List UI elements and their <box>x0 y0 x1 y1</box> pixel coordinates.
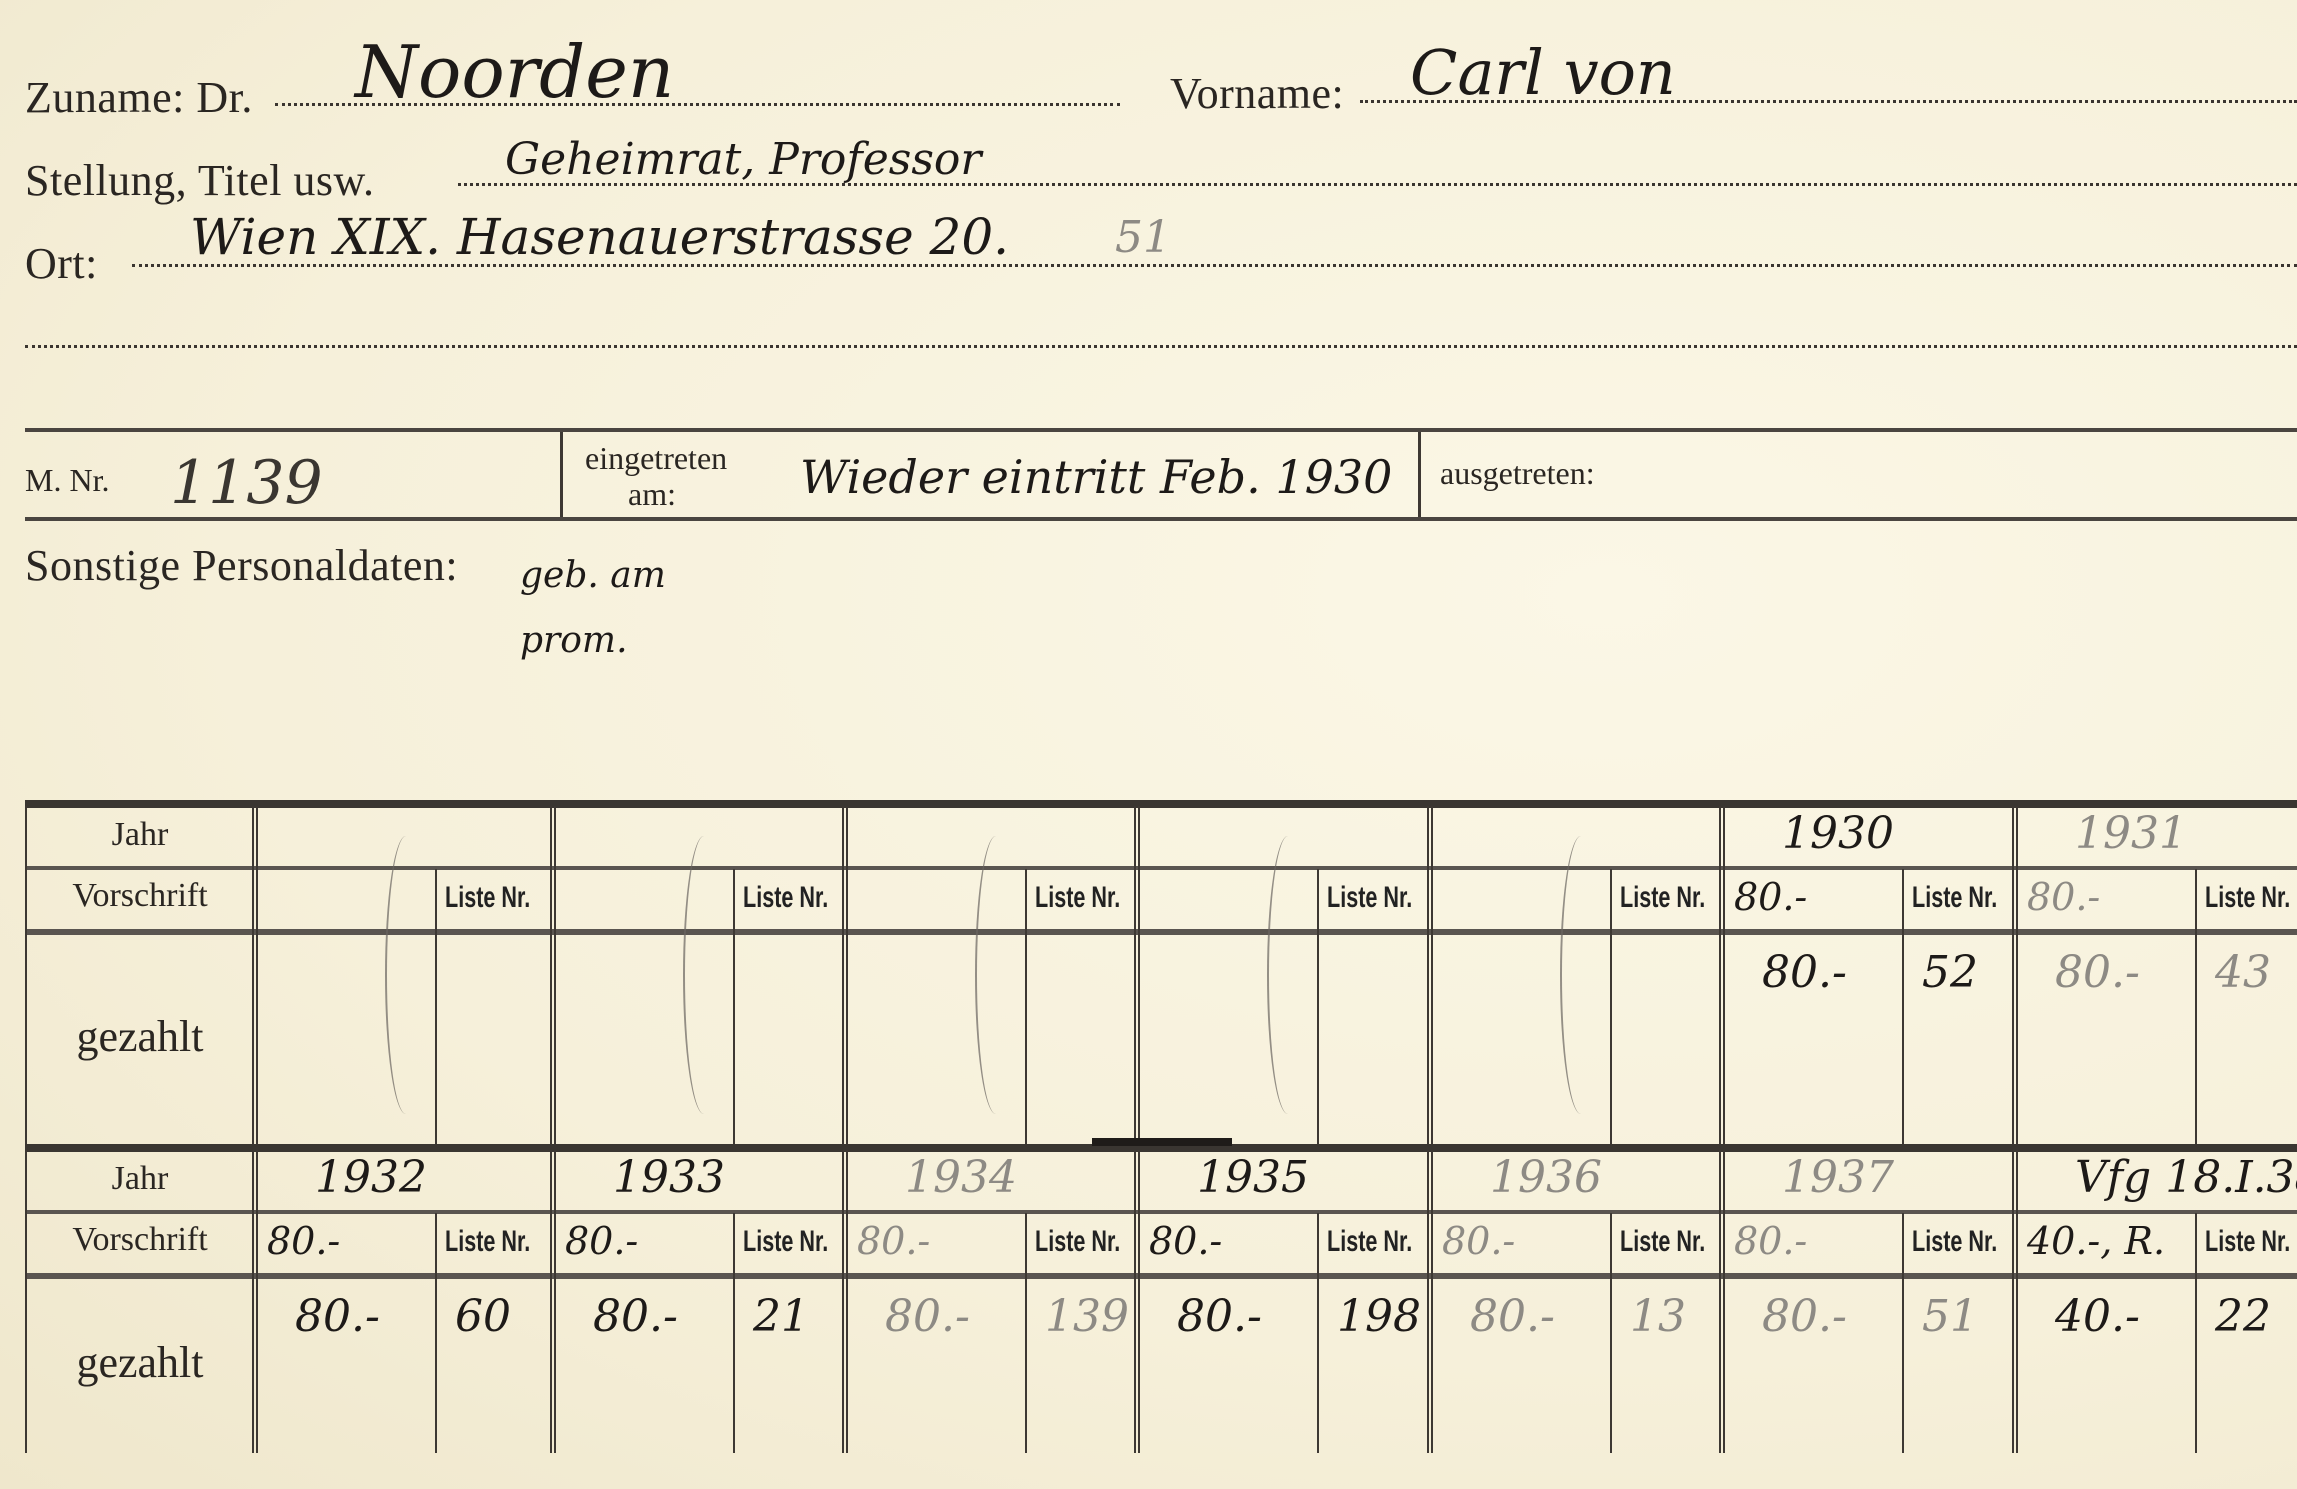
liste-divider <box>1902 1213 1904 1453</box>
eingetreten-value: Wieder eintritt Feb. 1930 <box>800 450 1392 504</box>
membership-bottom-rule <box>25 517 2297 521</box>
liste-nr-label: Liste Nr. <box>1912 1225 1997 1259</box>
divider <box>1418 432 1421 517</box>
strike-mark <box>1560 836 1602 1114</box>
strike-mark <box>975 836 1017 1114</box>
column-divider <box>1427 806 1433 1144</box>
column-divider <box>1719 806 1725 1144</box>
liste-value: 51 <box>1922 1291 1978 1342</box>
column-divider <box>842 1150 848 1453</box>
liste-divider <box>2195 869 2197 1144</box>
column-divider <box>842 806 848 1144</box>
liste-value: 139 <box>1045 1291 1129 1342</box>
membership-card: Zuname: Dr. Noorden Vorname: Carl von St… <box>0 0 2297 1489</box>
year-value: 1937 <box>1782 1152 1894 1203</box>
year-value: Vfg 18.I.38 <box>2075 1152 2297 1203</box>
liste-nr-label: Liste Nr. <box>1327 881 1412 915</box>
gezahlt-value: 40.- <box>2055 1291 2140 1342</box>
column-divider <box>550 806 556 1144</box>
vorschrift-value: 80.- <box>1734 1219 1807 1263</box>
column-divider <box>1134 806 1140 1144</box>
eingetreten-am-label: am: <box>628 476 676 513</box>
vorschrift-value: 80.- <box>857 1219 930 1263</box>
table-rule <box>25 1210 2297 1214</box>
year-value: 1936 <box>1490 1152 1602 1203</box>
sonstige-label: Sonstige Personaldaten: <box>25 540 458 591</box>
year-value: 1934 <box>905 1152 1017 1203</box>
ort-value-extra: 51 <box>1115 212 1171 263</box>
liste-divider <box>435 1213 437 1453</box>
vorname-label: Vorname: <box>1170 68 1344 119</box>
row-label-vorschrift: Vorschrift <box>25 877 255 915</box>
table-rule <box>25 866 2297 870</box>
gezahlt-value: 80.- <box>1762 947 1847 998</box>
mnr-label: M. Nr. <box>25 462 109 499</box>
year-value: 1931 <box>2075 808 2187 859</box>
year-value: 1935 <box>1197 1152 1309 1203</box>
year-value: 1932 <box>315 1152 427 1203</box>
column-divider <box>252 806 258 1144</box>
gezahlt-value: 80.- <box>885 1291 970 1342</box>
divider <box>560 432 563 517</box>
column-divider <box>2012 806 2018 1144</box>
sonstige-value-1: geb. am <box>520 555 666 596</box>
vorschrift-value: 80.- <box>1442 1219 1515 1263</box>
liste-divider <box>1610 1213 1612 1453</box>
liste-nr-label: Liste Nr. <box>2205 881 2290 915</box>
column-divider <box>252 1150 258 1453</box>
year-value: 1930 <box>1782 808 1894 859</box>
liste-nr-label: Liste Nr. <box>1035 881 1120 915</box>
table-rule <box>25 929 2297 935</box>
row-label-vorschrift: Vorschrift <box>25 1221 255 1259</box>
year-value: 1933 <box>613 1152 725 1203</box>
liste-divider <box>1025 1213 1027 1453</box>
membership-top-rule <box>25 428 2297 432</box>
liste-nr-label: Liste Nr. <box>1327 1225 1412 1259</box>
gezahlt-value: 80.- <box>593 1291 678 1342</box>
table-rule <box>25 800 2297 808</box>
blank-line <box>25 345 2297 348</box>
liste-divider <box>733 1213 735 1453</box>
liste-divider <box>2195 1213 2197 1453</box>
liste-divider <box>1317 869 1319 1144</box>
gezahlt-value: 80.- <box>1762 1291 1847 1342</box>
liste-nr-label: Liste Nr. <box>1912 881 1997 915</box>
mnr-value: 1139 <box>170 448 323 518</box>
liste-nr-label: Liste Nr. <box>743 881 828 915</box>
column-divider <box>2012 1150 2018 1453</box>
liste-nr-label: Liste Nr. <box>2205 1225 2290 1259</box>
stellung-label: Stellung, Titel usw. <box>25 155 374 206</box>
liste-value: 21 <box>753 1291 809 1342</box>
eingetreten-label: eingetreten <box>585 440 727 477</box>
liste-divider <box>1902 869 1904 1144</box>
liste-value: 13 <box>1630 1291 1686 1342</box>
liste-value: 22 <box>2215 1291 2271 1342</box>
liste-divider <box>1610 869 1612 1144</box>
table-rule-accent <box>1092 1138 1232 1146</box>
stellung-value: Geheimrat, Professor <box>505 134 981 185</box>
liste-divider <box>1025 869 1027 1144</box>
vorschrift-value: 40.-, R. <box>2027 1219 2165 1263</box>
vorschrift-value: 80.- <box>1734 875 1807 919</box>
row-label-gezahlt: gezahlt <box>25 1011 255 1062</box>
liste-divider <box>435 869 437 1144</box>
column-divider <box>1427 1150 1433 1453</box>
liste-divider <box>733 869 735 1144</box>
liste-value: 43 <box>2215 947 2271 998</box>
liste-nr-label: Liste Nr. <box>445 1225 530 1259</box>
liste-nr-label: Liste Nr. <box>1620 1225 1705 1259</box>
ort-label: Ort: <box>25 238 98 289</box>
ausgetreten-label: ausgetreten: <box>1440 455 1595 492</box>
strike-mark <box>1267 836 1309 1114</box>
vorname-value: Carl von <box>1410 36 1676 109</box>
row-label-jahr: Jahr <box>25 816 255 854</box>
vorschrift-value: 80.- <box>1149 1219 1222 1263</box>
column-divider <box>550 1150 556 1453</box>
vorschrift-value: 80.- <box>267 1219 340 1263</box>
column-divider <box>1719 1150 1725 1453</box>
liste-nr-label: Liste Nr. <box>445 881 530 915</box>
strike-mark <box>385 836 427 1114</box>
liste-divider <box>1317 1213 1319 1453</box>
strike-mark <box>683 836 725 1114</box>
gezahlt-value: 80.- <box>1177 1291 1262 1342</box>
zuname-label: Zuname: Dr. <box>25 72 253 123</box>
gezahlt-value: 80.- <box>2055 947 2140 998</box>
row-label-gezahlt: gezahlt <box>25 1337 255 1388</box>
liste-value: 60 <box>455 1291 511 1342</box>
table-border <box>25 806 27 1144</box>
sonstige-value-2: prom. <box>520 620 628 661</box>
liste-value: 198 <box>1337 1291 1421 1342</box>
ort-value: Wien XIX. Hasenauerstrasse 20. <box>190 208 1009 266</box>
liste-nr-label: Liste Nr. <box>743 1225 828 1259</box>
liste-value: 52 <box>1922 947 1978 998</box>
table-rule <box>25 1273 2297 1279</box>
liste-nr-label: Liste Nr. <box>1620 881 1705 915</box>
row-label-jahr: Jahr <box>25 1160 255 1198</box>
column-divider <box>1134 1150 1140 1453</box>
zuname-value: Noorden <box>355 30 674 114</box>
gezahlt-value: 80.- <box>1470 1291 1555 1342</box>
gezahlt-value: 80.- <box>295 1291 380 1342</box>
liste-nr-label: Liste Nr. <box>1035 1225 1120 1259</box>
vorschrift-value: 80.- <box>565 1219 638 1263</box>
vorschrift-value: 80.- <box>2027 875 2100 919</box>
